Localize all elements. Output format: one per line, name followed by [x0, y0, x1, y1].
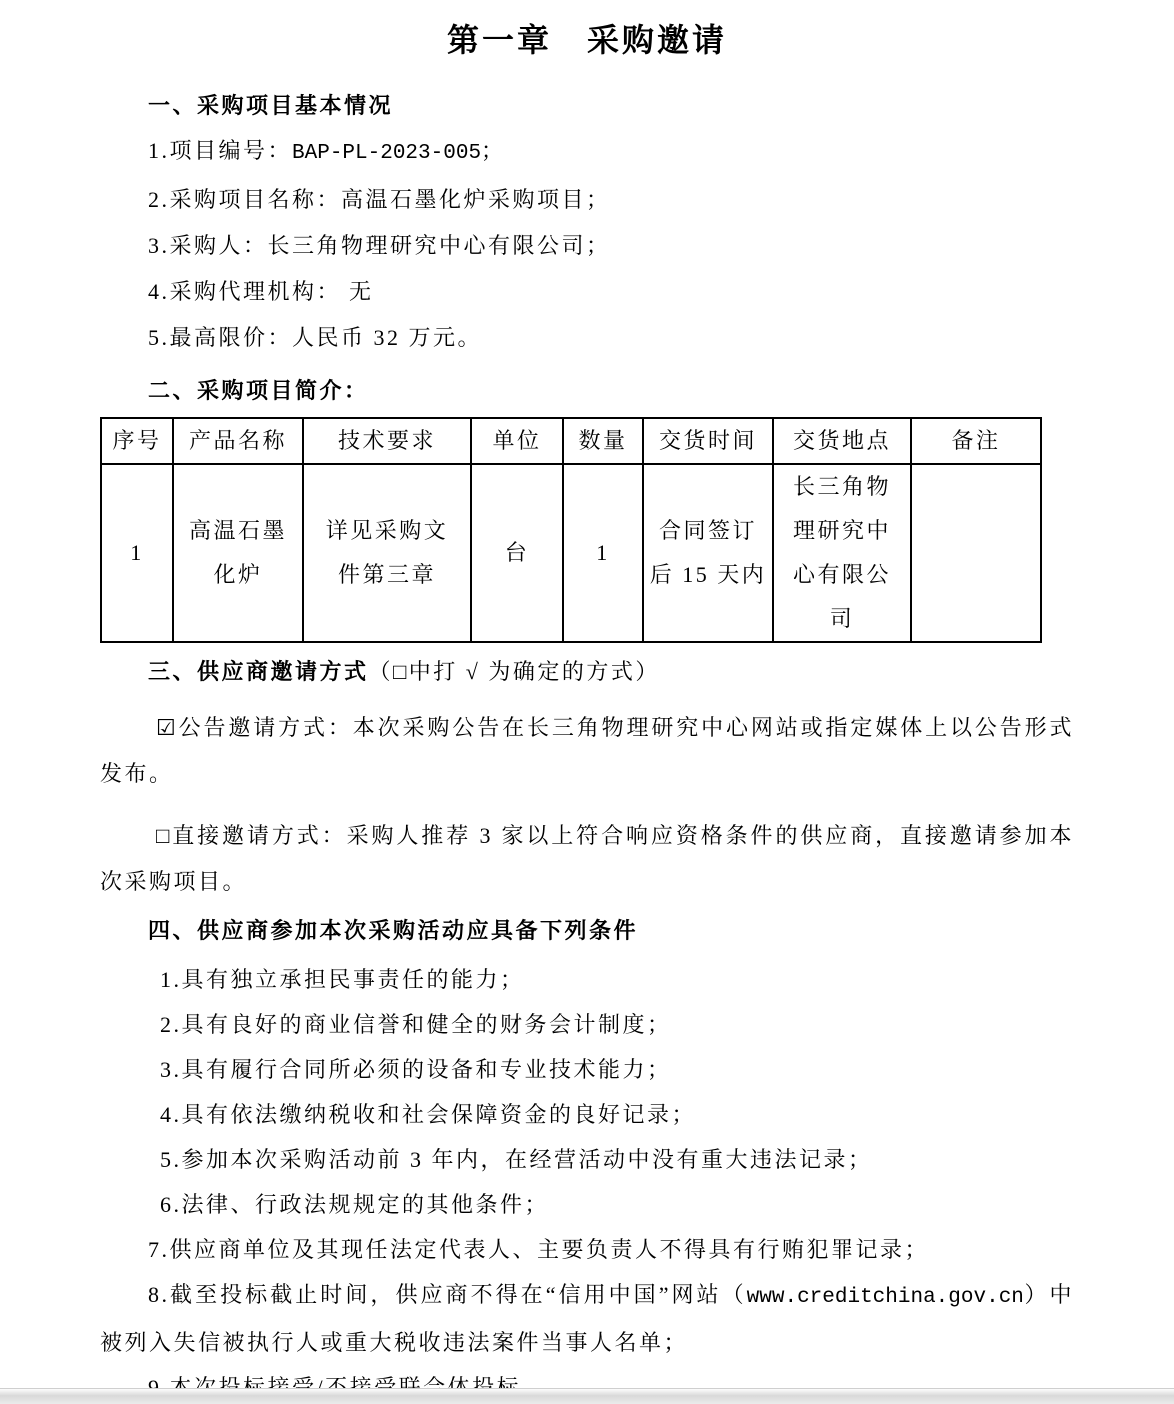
page-bottom-edge-shadow [0, 1388, 1174, 1404]
cell-unit: 台 [471, 464, 563, 642]
section-3-heading-note: （□中打 √ 为确定的方式） [369, 659, 660, 684]
condition-item-8-pre: 8.截至投标截止时间，供应商不得在“信用中国”网站（ [148, 1282, 747, 1307]
section-4-heading: 四、供应商参加本次采购活动应具备下列条件 [100, 915, 1074, 947]
cell-delivery-time: 合同签订 后 15 天内 [643, 464, 773, 642]
table-row: 1 高温石墨 化炉 详见采购文 件第三章 台 1 合同签订 后 15 天内 长三… [101, 464, 1041, 642]
invite-option-direct: □直接邀请方式：采购人推荐 3 家以上符合响应资格条件的供应商，直接邀请参加本次… [100, 813, 1074, 905]
project-number-label: 1.项目编号： [148, 138, 292, 163]
cell-no: 1 [101, 464, 173, 642]
document-page: 第一章 采购邀请 一、采购项目基本情况 1.项目编号：BAP-PL-2023-0… [0, 0, 1174, 1404]
invite-option-announcement-text: 公告邀请方式：本次采购公告在长三角物理研究中心网站或指定媒体上以公告形式发布。 [100, 715, 1074, 786]
col-header-no: 序号 [101, 418, 173, 464]
section-2-heading: 二、采购项目简介： [100, 375, 1074, 407]
purchaser-item: 3.采购人：长三角物理研究中心有限公司； [100, 223, 1074, 269]
cell-tech: 详见采购文 件第三章 [303, 464, 471, 642]
cell-product: 高温石墨 化炉 [173, 464, 303, 642]
condition-item-8: 8.截至投标截止时间，供应商不得在“信用中国”网站（www.creditchin… [100, 1272, 1074, 1365]
project-number-end: ； [481, 138, 506, 163]
project-name-item: 2.采购项目名称：高温石墨化炉采购项目； [100, 177, 1074, 223]
cell-remark [911, 464, 1041, 642]
col-header-delivery-place: 交货地点 [773, 418, 911, 464]
project-number-value: BAP-PL-2023-005 [292, 142, 481, 165]
cell-qty: 1 [563, 464, 643, 642]
checkbox-checked-icon: ☑ [156, 715, 178, 740]
agency-item: 4.采购代理机构： 无 [100, 269, 1074, 315]
condition-item-4: 4.具有依法缴纳税收和社会保障资金的良好记录； [100, 1092, 1074, 1137]
section-3-heading-label: 三、供应商邀请方式 [148, 659, 369, 684]
section-1-items: 1.项目编号：BAP-PL-2023-005； 2.采购项目名称：高温石墨化炉采… [100, 128, 1074, 361]
invite-option-direct-text: 直接邀请方式：采购人推荐 3 家以上符合响应资格条件的供应商，直接邀请参加本次采… [100, 823, 1074, 894]
section-3-heading: 三、供应商邀请方式（□中打 √ 为确定的方式） [100, 655, 1074, 689]
condition-item-6: 6.法律、行政法规规定的其他条件； [100, 1182, 1074, 1227]
condition-item-5: 5.参加本次采购活动前 3 年内，在经营活动中没有重大违法记录； [100, 1137, 1074, 1182]
col-header-qty: 数量 [563, 418, 643, 464]
table-header-row: 序号 产品名称 技术要求 单位 数量 交货时间 交货地点 备注 [101, 418, 1041, 464]
invite-option-announcement: ☑公告邀请方式：本次采购公告在长三角物理研究中心网站或指定媒体上以公告形式发布。 [100, 705, 1074, 797]
credit-china-url: www.creditchina.gov.cn [747, 1286, 1024, 1309]
col-header-remark: 备注 [911, 418, 1041, 464]
price-limit-item: 5.最高限价：人民币 32 万元。 [100, 315, 1074, 361]
section-1-heading: 一、采购项目基本情况 [100, 90, 1074, 122]
condition-item-1: 1.具有独立承担民事责任的能力； [100, 957, 1074, 1002]
cell-delivery-place: 长三角物 理研究中 心有限公 司 [773, 464, 911, 642]
condition-item-2: 2.具有良好的商业信誉和健全的财务会计制度； [100, 1002, 1074, 1047]
section-4-items: 1.具有独立承担民事责任的能力； 2.具有良好的商业信誉和健全的财务会计制度； … [100, 957, 1074, 1404]
col-header-delivery-time: 交货时间 [643, 418, 773, 464]
condition-item-7: 7.供应商单位及其现任法定代表人、主要负责人不得具有行贿犯罪记录； [100, 1227, 1074, 1272]
project-number-item: 1.项目编号：BAP-PL-2023-005； [100, 128, 1074, 177]
condition-item-3: 3.具有履行合同所必须的设备和专业技术能力； [100, 1047, 1074, 1092]
col-header-tech: 技术要求 [303, 418, 471, 464]
col-header-unit: 单位 [471, 418, 563, 464]
col-header-product: 产品名称 [173, 418, 303, 464]
checkbox-unchecked-icon: □ [156, 823, 172, 848]
doc-title: 第一章 采购邀请 [100, 16, 1074, 64]
product-spec-table: 序号 产品名称 技术要求 单位 数量 交货时间 交货地点 备注 1 高温石墨 化… [100, 417, 1042, 643]
